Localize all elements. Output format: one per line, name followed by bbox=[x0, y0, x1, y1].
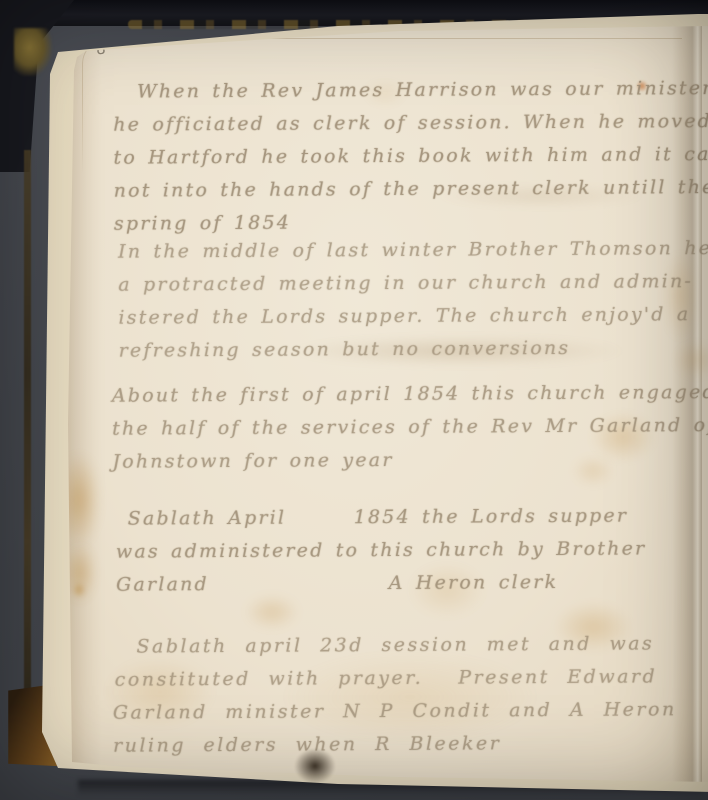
manuscript-paragraph: Sablath April 1854 the Lords supper was … bbox=[67, 499, 708, 602]
manuscript-line: not into the hands of the present clerk … bbox=[114, 171, 708, 208]
manuscript-line: constituted with prayer. Present Edward bbox=[115, 660, 708, 697]
manuscript-line: When the Rev James Harrison was our mini… bbox=[137, 72, 708, 109]
handwriting-block: When the Rev James Harrison was our mini… bbox=[64, 22, 708, 786]
manuscript-line: In the middle of last winter Brother Tho… bbox=[118, 232, 708, 269]
manuscript-line: the half of the services of the Rev Mr G… bbox=[112, 409, 708, 446]
manuscript-paragraph: About the first of april 1854 this churc… bbox=[66, 376, 708, 479]
manuscript-photo: 8 When the Rev James Harrison was our mi… bbox=[0, 0, 708, 800]
book-spine-edge bbox=[24, 150, 31, 710]
manuscript-line: About the first of april 1854 this churc… bbox=[112, 376, 708, 413]
manuscript-paragraph: When the Rev James Harrison was our mini… bbox=[64, 72, 708, 241]
manuscript-line: Garland minister N P Condit and A Heron bbox=[113, 693, 708, 730]
manuscript-line: to Hartford he took this book with him a… bbox=[113, 138, 708, 175]
cover-wear-mark bbox=[294, 748, 336, 784]
manuscript-line: Johnstown for one year bbox=[112, 442, 708, 479]
manuscript-line: Sablath April 1854 the Lords supper bbox=[128, 499, 708, 536]
manuscript-page: 8 When the Rev James Harrison was our mi… bbox=[66, 24, 708, 784]
manuscript-line: refreshing season but no conversions bbox=[119, 331, 708, 368]
manuscript-line: ruling elders when R Bleeker bbox=[113, 726, 708, 763]
manuscript-line: Garland A Heron clerk bbox=[116, 565, 708, 602]
manuscript-line: istered the Lords supper. The church enj… bbox=[118, 298, 708, 335]
corner-gilt-wear bbox=[14, 28, 52, 76]
manuscript-line: was administered to this church by Broth… bbox=[116, 532, 708, 569]
manuscript-line: a protracted meeting in our church and a… bbox=[118, 265, 708, 302]
manuscript-paragraph: In the middle of last winter Brother Tho… bbox=[65, 232, 708, 368]
manuscript-line: Sablath april 23d session met and was bbox=[136, 627, 708, 664]
manuscript-line: he officiated as clerk of session. When … bbox=[113, 105, 708, 142]
manuscript-paragraph: Sablath april 23d session met and was co… bbox=[67, 627, 708, 763]
